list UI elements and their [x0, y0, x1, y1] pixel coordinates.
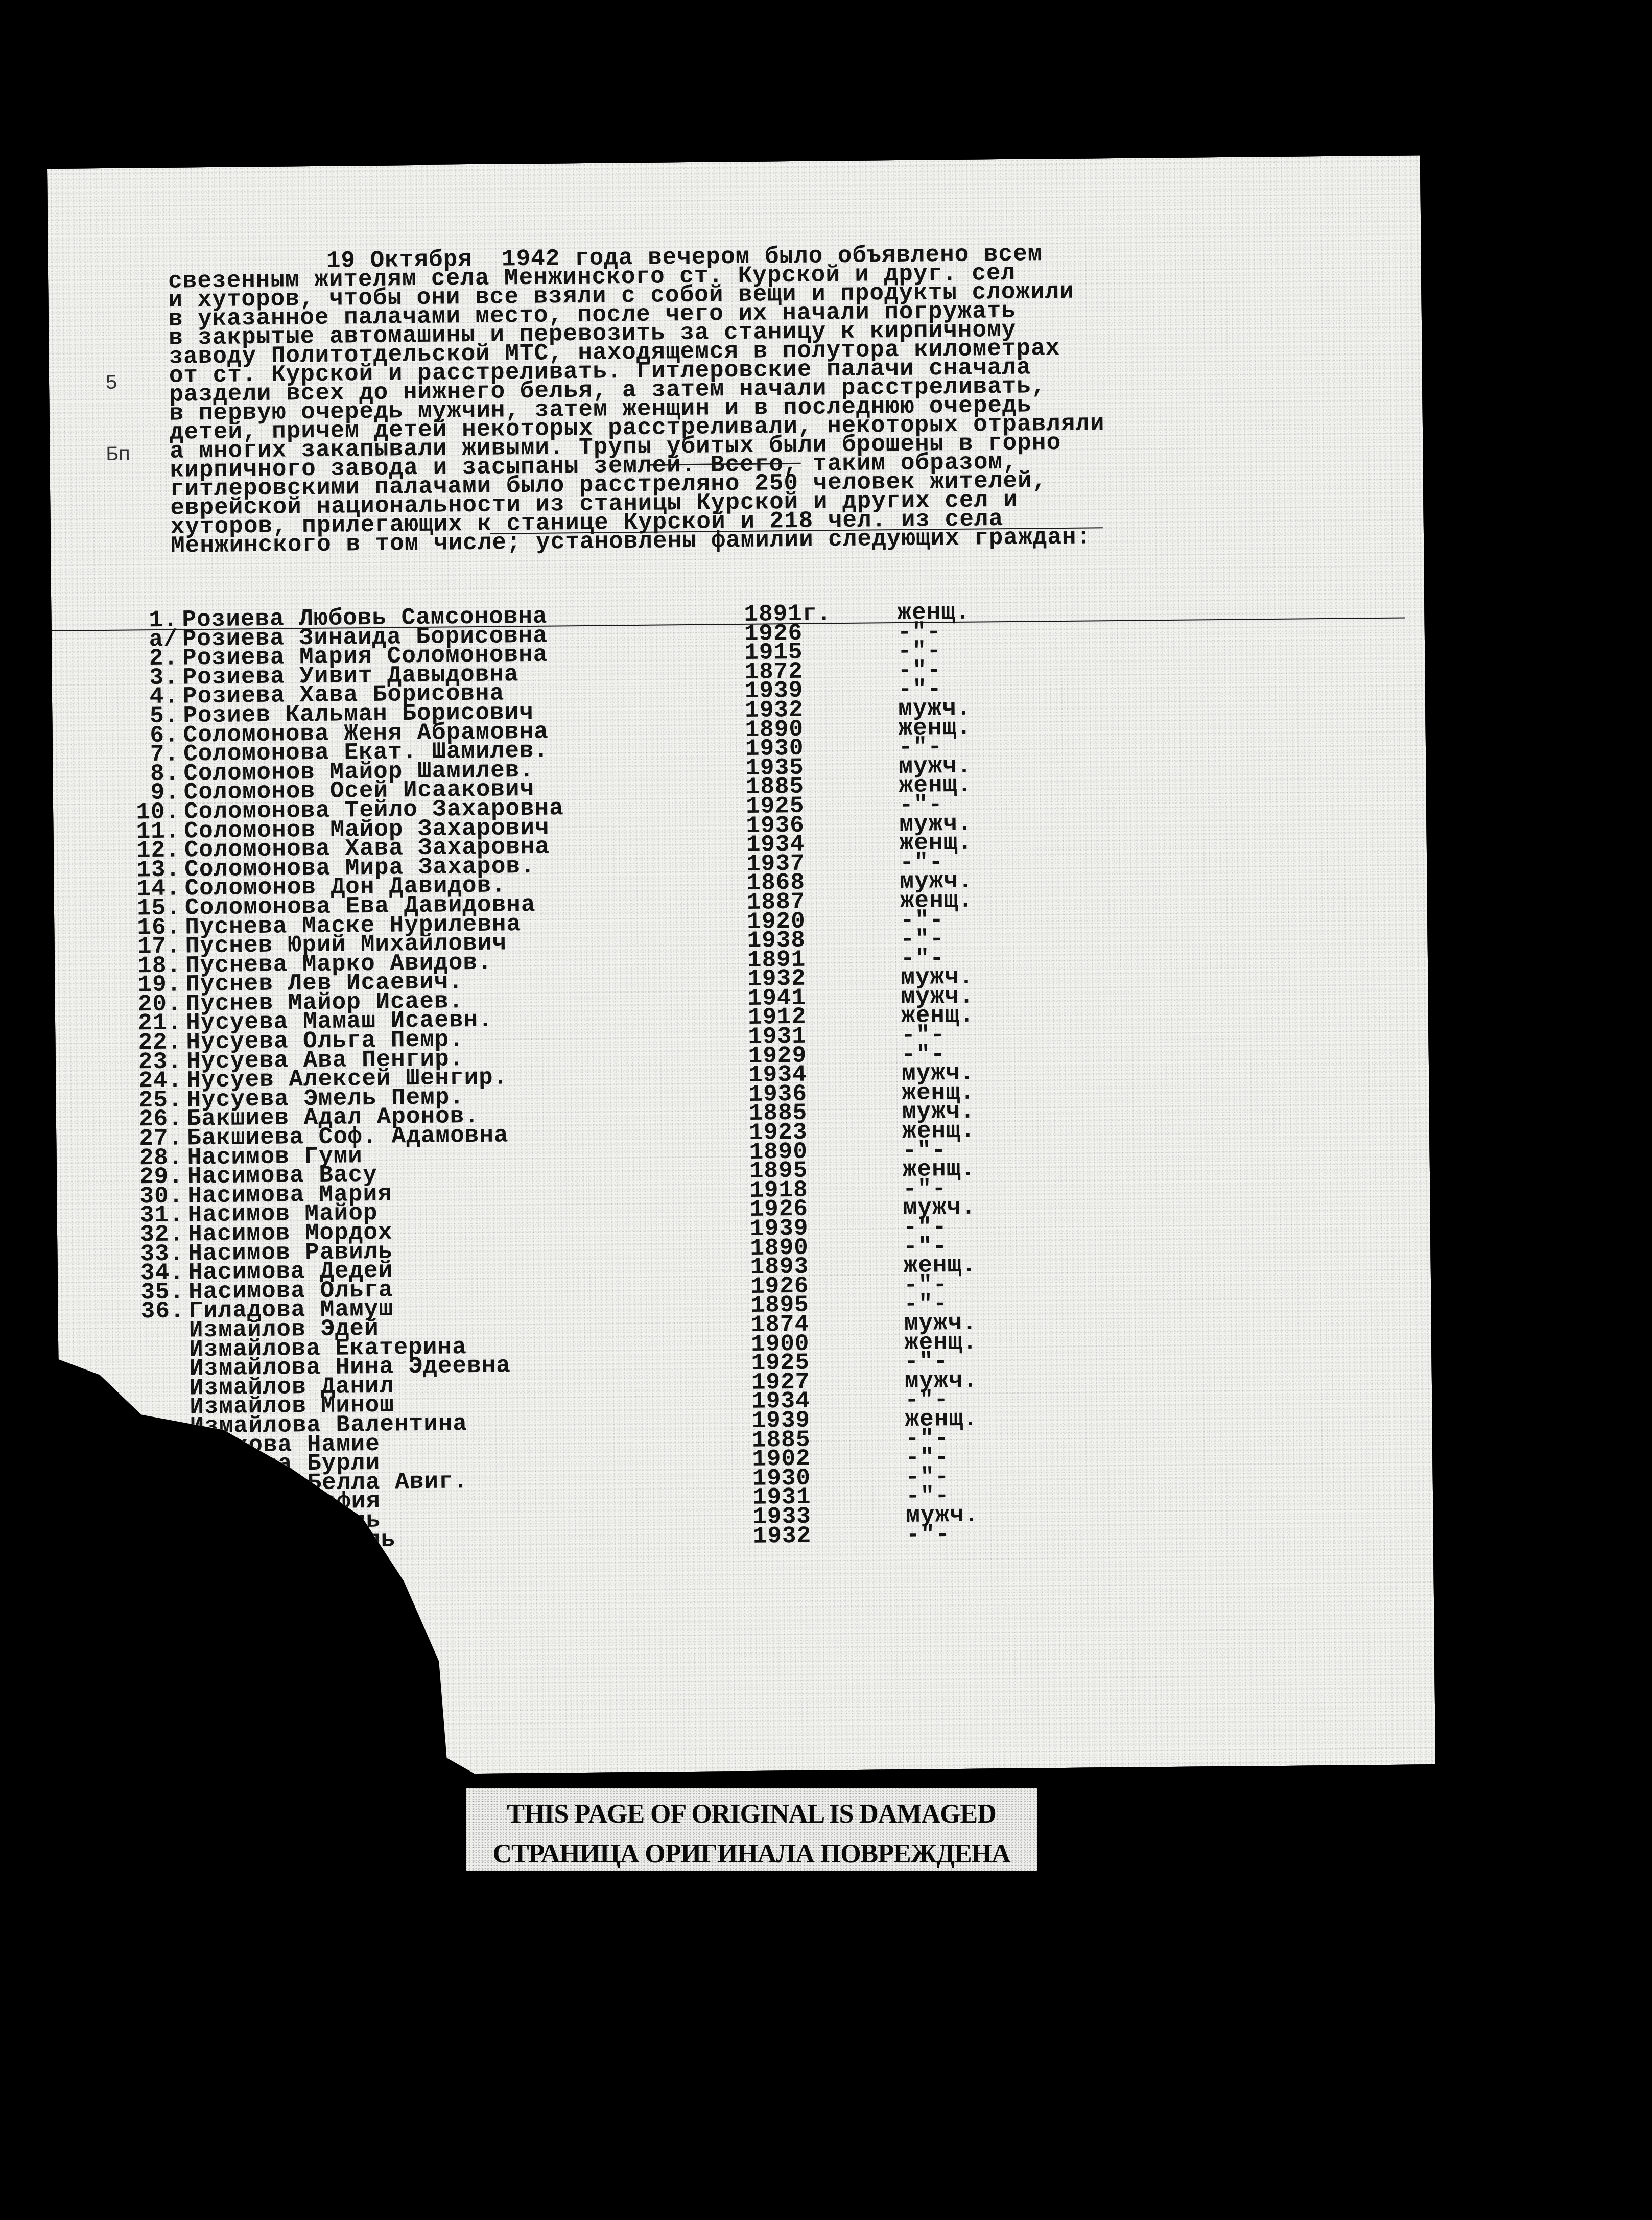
victim-sex: -"-: [906, 1524, 1059, 1545]
narrative-paragraph: 19 Октября 1942 года вечером было объявл…: [168, 244, 1106, 556]
victim-number: 36.: [119, 1302, 188, 1321]
victim-number: [120, 1356, 189, 1356]
victim-number: [120, 1413, 190, 1414]
victim-name: Исахов Дуршиль: [191, 1527, 753, 1551]
scanned-page: 19 Октября 1942 года вечером было объявл…: [47, 155, 1435, 1778]
victim-number: [121, 1452, 190, 1452]
victims-list: 1.Розиева Любовь Самсоновна1891г.женщ.а/…: [112, 602, 1059, 1552]
victim-number: [120, 1375, 190, 1376]
victim-row: Исахов Дуршиль1932-"-: [122, 1524, 1059, 1552]
victim-number: [121, 1509, 191, 1510]
victim-birth-year: 1932: [753, 1525, 906, 1546]
victim-number: [121, 1432, 190, 1433]
damage-notice-english: THIS PAGE OF ORIGINAL IS DAMAGED: [466, 1799, 1037, 1829]
victim-number: [121, 1490, 191, 1491]
victim-number: [122, 1528, 191, 1529]
victim-number: [120, 1394, 190, 1395]
victim-number: [121, 1471, 190, 1472]
damage-notice-russian: СТРАНИЦА ОРИГИНАЛА ПОВРЕЖДЕНА: [466, 1839, 1037, 1869]
victim-number: [120, 1336, 189, 1337]
margin-annotation: Бп: [106, 443, 130, 466]
damage-notice-label: THIS PAGE OF ORIGINAL IS DAMAGED СТРАНИЦ…: [466, 1788, 1037, 1871]
margin-annotation: 5: [105, 372, 117, 395]
victim-number: [122, 1548, 191, 1548]
